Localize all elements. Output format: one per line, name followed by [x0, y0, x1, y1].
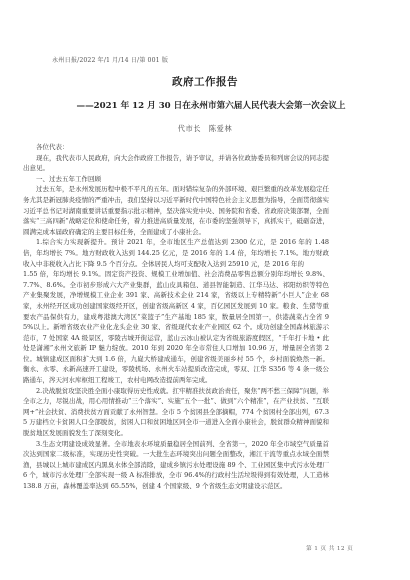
document-page: 永州日报/2022 年/1 月/14 日/第 001 版 政府工作报告 ——20…: [0, 0, 410, 580]
document-title: 政府工作报告: [0, 74, 410, 89]
document-body: 各位代表： 现在，我代表市人民政府，向大会作政府工作报告，请予审议，并请各位政协…: [23, 142, 329, 492]
newspaper-source-line: 永州日报/2022 年/1 月/14 日/第 001 版: [52, 55, 168, 64]
body-paragraph: 2.决战脱贫攻坚决胜全面小康取得历史性成就。扛牢精准扶贫政治责任，聚焦“两不愁三…: [23, 386, 329, 439]
section-heading: 一、过去五年工作回顾: [23, 174, 329, 185]
body-paragraph: 3.生态文明建设成效显著。全市地表水环境质量稳居全国前列、全省第一，2020 年…: [23, 439, 329, 492]
body-paragraph: 过去五年，是永州发展历程中极不平凡的五年。面对错综复杂的外部环境、艰巨繁重的改革…: [23, 184, 329, 237]
salutation-paragraph: 各位代表：: [23, 142, 329, 153]
body-paragraph: 1.55 倍，年均增长 9.1%。固定资产投资、规模工业增加值、社会消费品零售总…: [23, 269, 329, 386]
body-paragraph: 1.综合实力实现新提升。预计 2021 年，全市地区生产总值达到 2300 亿元…: [23, 237, 329, 269]
page-indicator: 第 1 页 共 12 页: [306, 543, 353, 552]
document-author: 代市长 陈爱林: [0, 124, 410, 134]
intro-paragraph: 现在，我代表市人民政府，向大会作政府工作报告，请予审议，并请各位政协委员和列席会…: [23, 153, 329, 174]
document-subtitle: ——2021 年 12 月 30 日在永州市第六届人民代表大会第一次会议上: [0, 99, 410, 111]
